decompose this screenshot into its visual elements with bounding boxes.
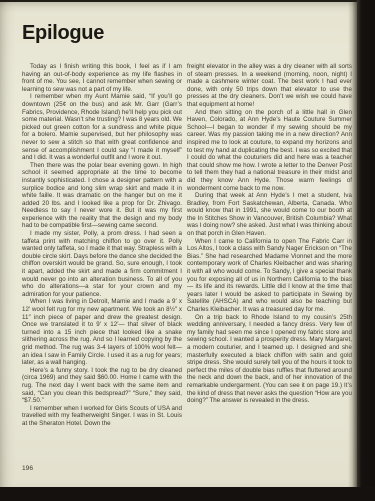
- body-paragraph: I made my sister, Polly, a prom dress. I…: [22, 230, 182, 298]
- page-number: 196: [22, 465, 33, 472]
- book-scan: { "page": { "heading": "Epilogue", "page…: [0, 0, 375, 501]
- text-columns: Today as I finish writing this book, I f…: [22, 63, 352, 428]
- scan-border-bottom: [0, 487, 375, 501]
- body-paragraph: Here’s a funny story. I took the rug to …: [22, 367, 182, 405]
- body-paragraph: Then there was the polar bear evening go…: [22, 162, 182, 230]
- body-paragraph: I remember when my Aunt Mamie said, “If …: [22, 93, 182, 161]
- body-paragraph: During that week at Ann Hyde’s I met a s…: [187, 192, 352, 238]
- body-paragraph: Today as I finish writing this book, I f…: [22, 63, 182, 93]
- body-paragraph: freight elevator in the alley was a dry …: [187, 63, 352, 109]
- scan-border-top: [0, 0, 375, 2]
- scan-border-right: [357, 0, 375, 501]
- body-paragraph: On a trip back to Rhode Island to my cou…: [187, 314, 352, 405]
- text-column-right: freight elevator in the alley was a dry …: [187, 63, 352, 428]
- page-title: Epilogue: [22, 22, 104, 45]
- book-page: Epilogue Today as I finish writing this …: [0, 2, 357, 487]
- body-paragraph: And then sitting on the porch of a littl…: [187, 109, 352, 193]
- body-paragraph: When I came to California to open The Fa…: [187, 238, 352, 314]
- text-column-left: Today as I finish writing this book, I f…: [22, 63, 182, 428]
- body-paragraph: I remember when I worked for Girls Scout…: [22, 405, 182, 428]
- body-paragraph: When I was living in Detroit, Mamie and …: [22, 298, 182, 366]
